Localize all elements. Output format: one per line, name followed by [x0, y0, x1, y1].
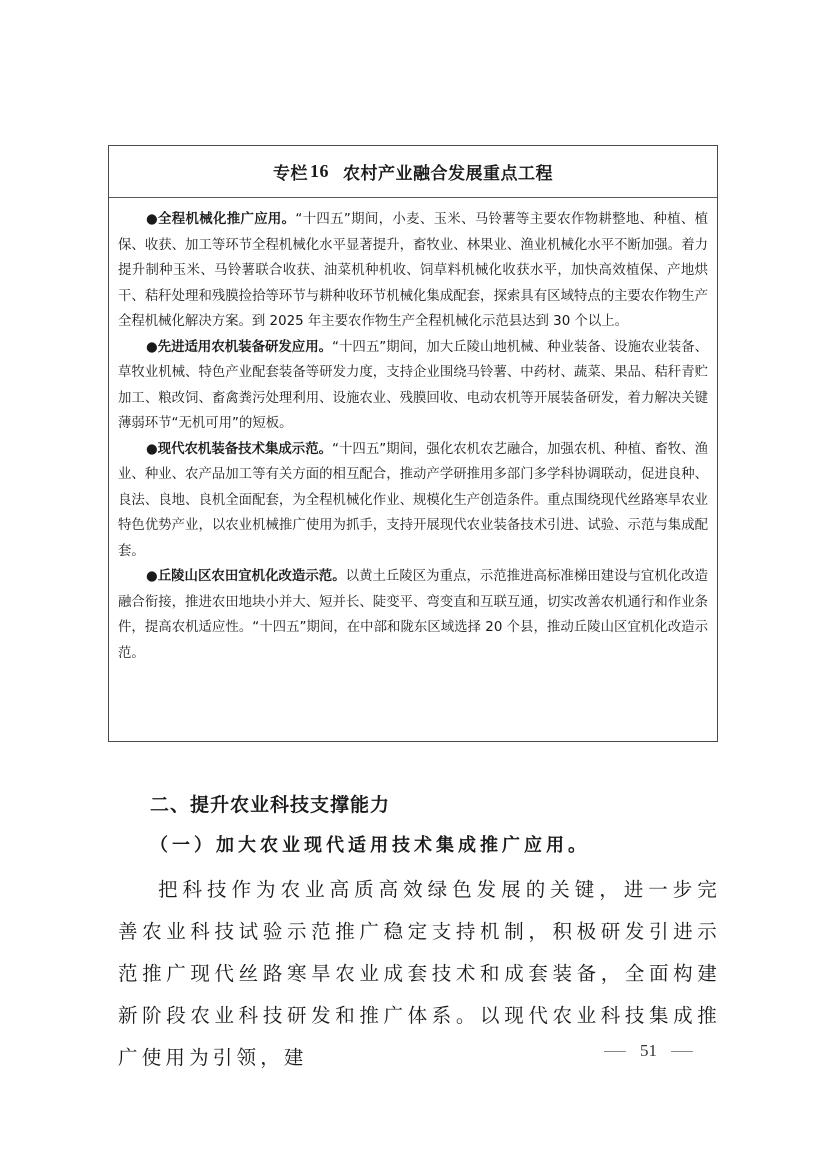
feature-item: ●先进适用农机装备研发应用。“十四五”期间，加大丘陵山地机械、种业装备、设施农业… [118, 335, 708, 437]
feature-item: ●丘陵山区农田宜机化改造示范。以黄土丘陵区为重点，示范推进高标准梯田建设与宜机化… [118, 564, 708, 666]
feature-box-title-prefix: 专栏 [273, 159, 308, 184]
feature-item-lead: ●现代农机装备技术集成示范。 [146, 442, 332, 457]
feature-item-lead: ●先进适用农机装备研发应用。 [146, 340, 332, 355]
feature-item-text: “十四五”期间，强化农机农艺融合，加强农机、种植、畜牧、渔业、种业、农产品加工等… [118, 442, 708, 559]
feature-item-text: “十四五”期间，小麦、玉米、马铃薯等主要农作物耕整地、种植、植保、收获、加工等环… [118, 212, 708, 329]
dash-left [604, 1051, 626, 1052]
feature-item-lead: ●丘陵山区农田宜机化改造示范。 [146, 569, 346, 584]
feature-box-title: 专栏 16 农村产业融合发展重点工程 [109, 146, 717, 198]
feature-item: ●现代农机装备技术集成示范。“十四五”期间，强化农机农艺融合，加强农机、种植、畜… [118, 437, 708, 565]
feature-box-body: ●全程机械化推广应用。“十四五”期间，小麦、玉米、马铃薯等主要农作物耕整地、种植… [109, 198, 717, 666]
section-subheading: （一）加大农业现代适用技术集成推广应用。 [150, 831, 590, 857]
feature-item: ●全程机械化推广应用。“十四五”期间，小麦、玉米、马铃薯等主要农作物耕整地、种植… [118, 207, 708, 335]
page-number-value: 51 [640, 1041, 657, 1061]
feature-box: 专栏 16 农村产业融合发展重点工程 ●全程机械化推广应用。“十四五”期间，小麦… [108, 145, 718, 742]
feature-box-title-text: 农村产业融合发展重点工程 [343, 159, 553, 184]
section-heading: 二、提升农业科技支撑能力 [150, 790, 390, 817]
dash-right [671, 1051, 693, 1052]
page-number: 51 [604, 1041, 693, 1061]
feature-item-lead: ●全程机械化推广应用。 [146, 212, 295, 227]
feature-box-title-number: 16 [310, 161, 329, 182]
